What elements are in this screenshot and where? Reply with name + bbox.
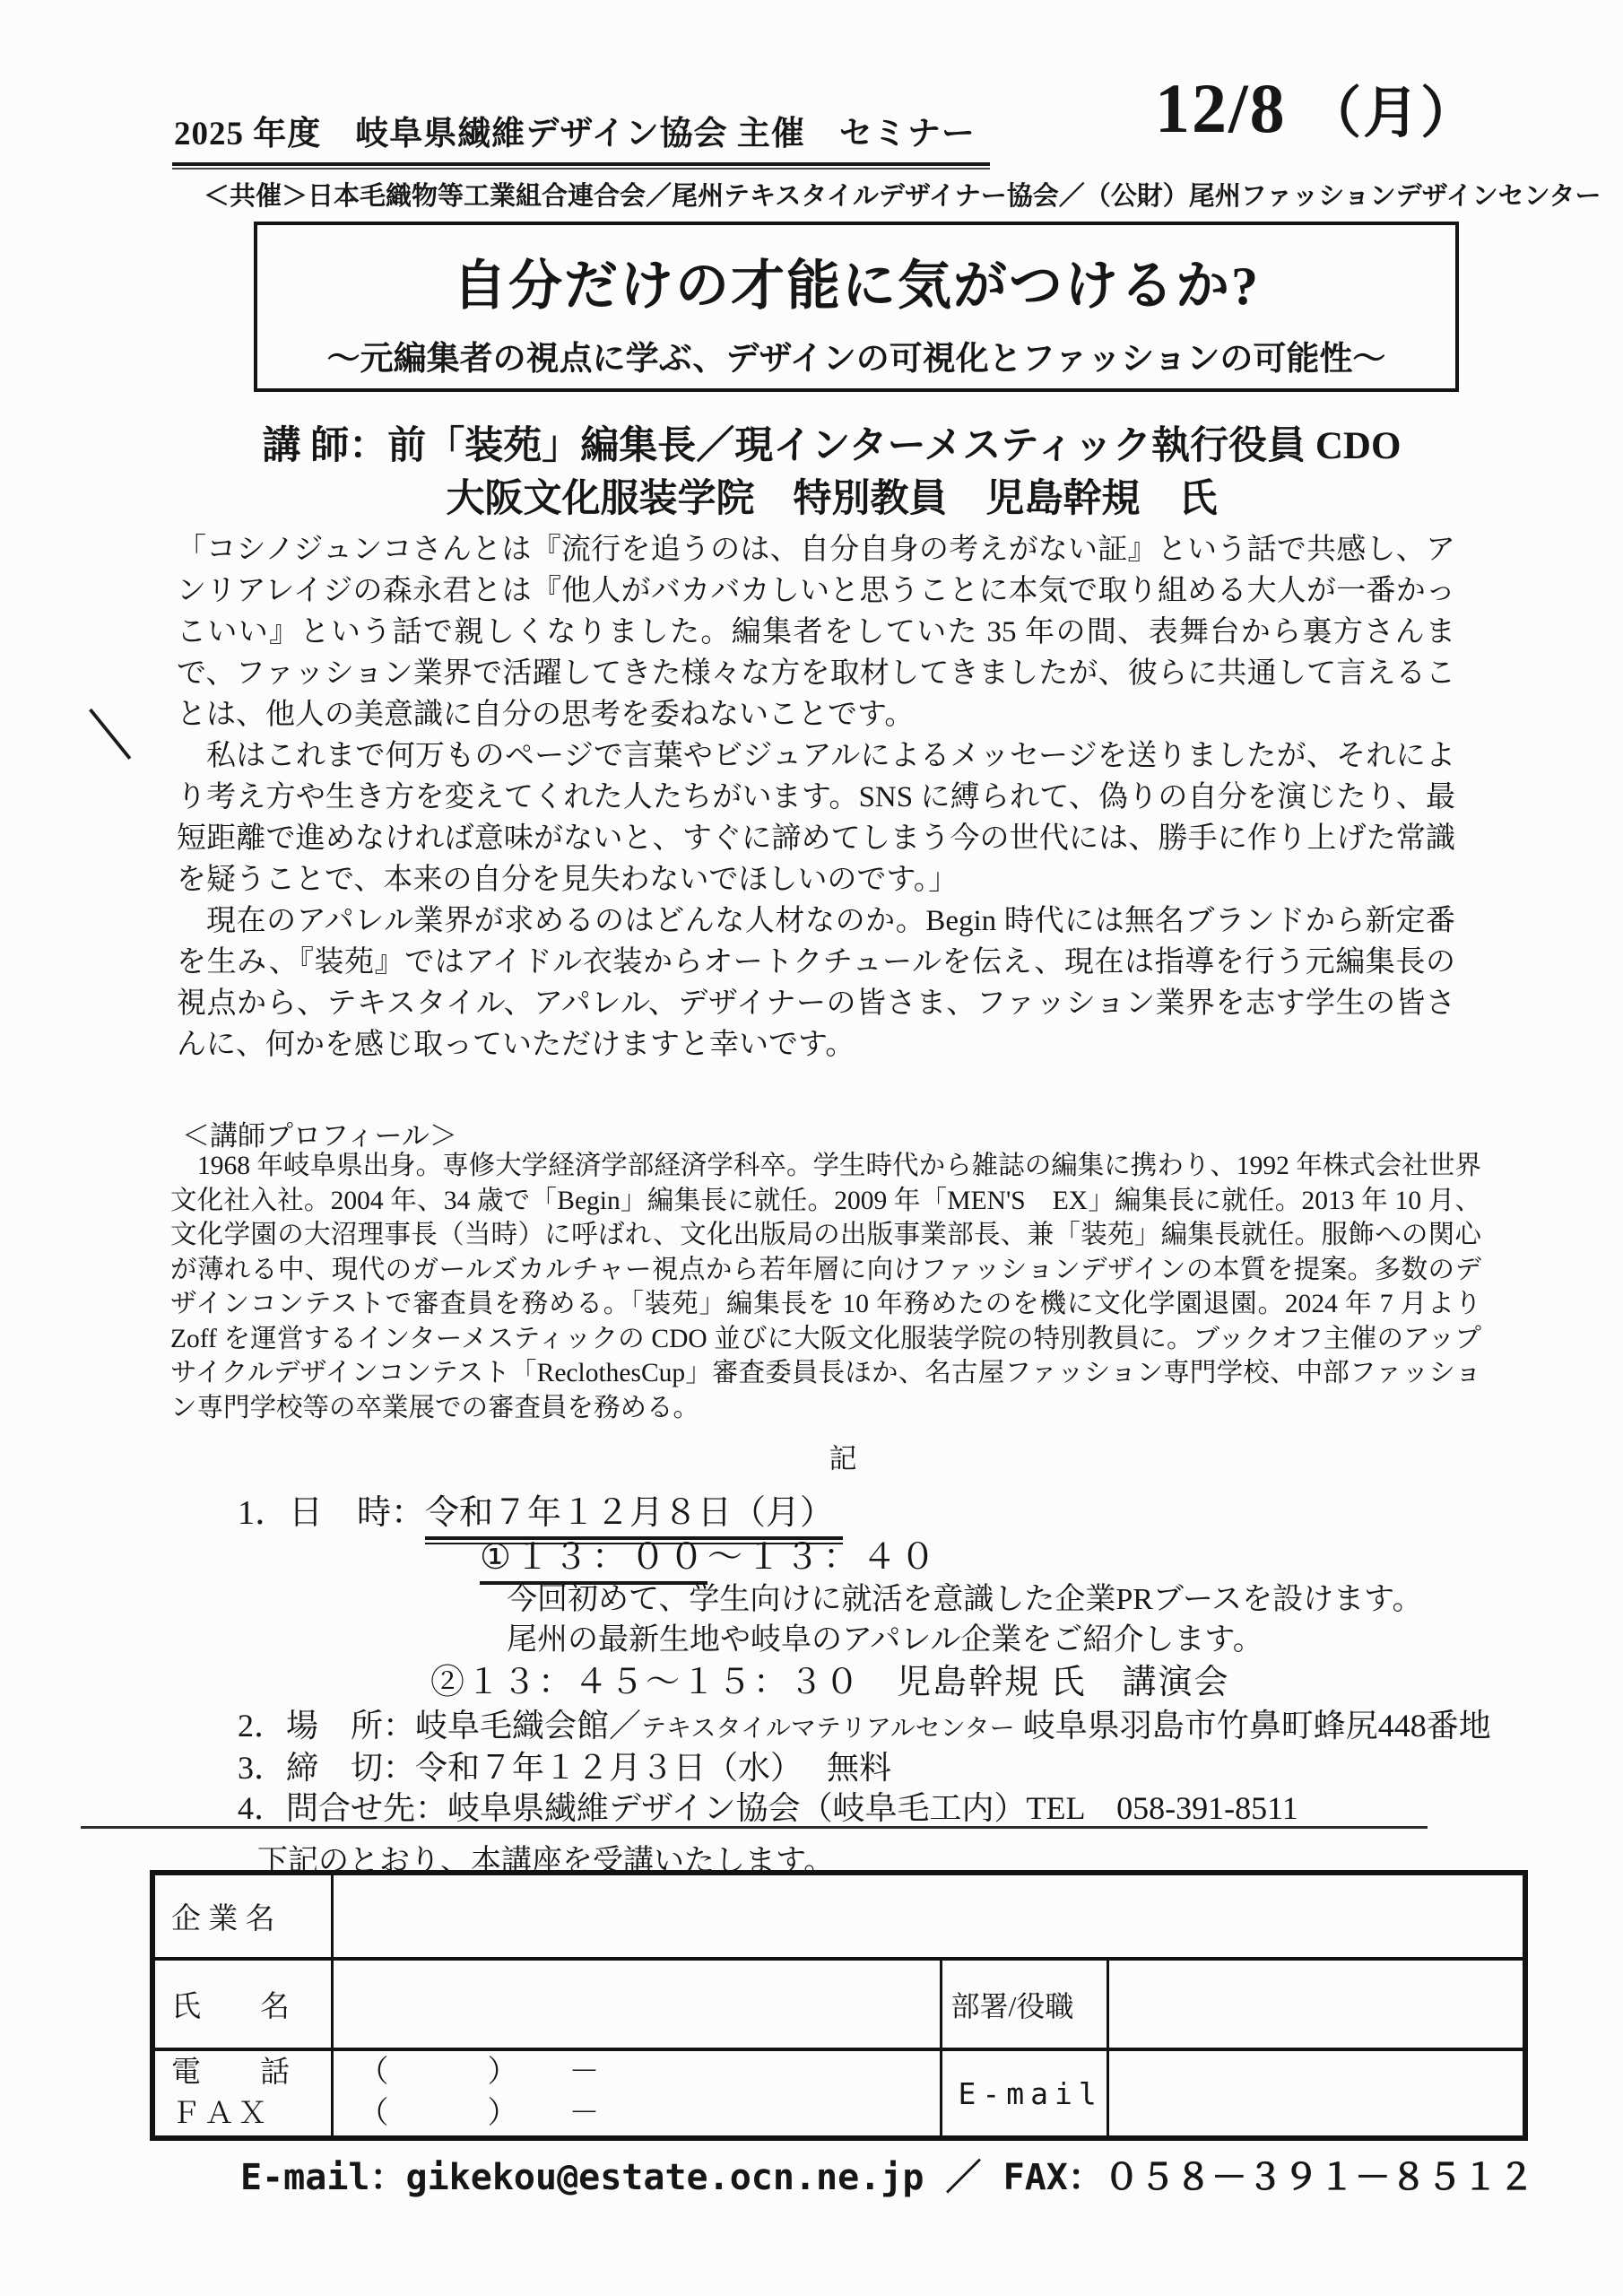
scanned-seminar-flyer: ＼ 2025 年度 岐阜県繊維デザイン協会 主催 セミナー 12/8 （月） ＜… [0,0,1623,2296]
profile-heading: ＜講師プロフィール＞ [182,1113,457,1153]
paragraph-outline: 現在のアパレル業界が求めるのはどんな人材なのか。Begin 時代には無名ブランド… [177,900,1455,1065]
paragraph-quote-1: 「コシノジュンコさんとは『流行を追うのは、自分自身の考えがない証』という話で共感… [177,529,1455,735]
record-mark: 記 [63,1436,1623,1476]
profile-text: 1968 年岐阜県出身。専修大学経済学部経済学科卒。学生時代から雑誌の編集に携わ… [170,1149,1481,1425]
tel-placeholder: （ ） － [359,2052,939,2093]
cohost-line: ＜共催＞日本毛織物等工業組合連合会／尾州テキスタイルデザイナー協会／（公財）尾州… [204,176,1601,213]
dept-label: 部署/役職 [941,1959,1107,2049]
seminar-title: 自分だけの才能に気がつけるか? [257,243,1455,320]
fax-label: ＦＡＸ [171,2093,330,2135]
header-seminar-text: 2025 年度 岐阜県繊維デザイン協会 主催 セミナー [172,106,990,166]
body-paragraphs: 「コシノジュンコさんとは『流行を追うのは、自分自身の考えがない証』という話で共感… [177,529,1455,1065]
detail-venue-label: 2．場 所： [238,1708,415,1744]
detail-slot2-lecture: ②１３：４５～１５：３０ 児島幹規 氏 講演会 [430,1654,1230,1703]
detail-contact: 4．問合せ先：岐阜県繊維デザイン協会（岐阜毛工内）TEL 058-391-851… [238,1783,1298,1829]
divider-rule [81,1826,1428,1829]
detail-venue: 2．場 所：岐阜毛織会館／テキスタイルマテリアルセンター 岐阜県羽島市竹鼻町蜂尻… [238,1700,1491,1746]
name-field[interactable] [332,1959,941,2049]
detail-venue-name: 岐阜毛織会館／ [415,1708,641,1744]
seminar-subtitle: ～元編集者の視点に学ぶ、デザインの可視化とファッションの可能性～ [257,331,1455,379]
title-box: 自分だけの才能に気がつけるか? ～元編集者の視点に学ぶ、デザインの可視化とファッ… [254,222,1459,392]
fax-placeholder: （ ） － [359,2093,939,2135]
detail-deadline-label: 3．締 切： [238,1750,415,1786]
detail-contact-value: 岐阜県繊維デザイン協会（岐阜毛工内）TEL 058-391-8511 [447,1790,1298,1826]
event-date: 12/8 （月） [1155,68,1478,149]
email-label: E-mail [941,2049,1107,2138]
name-label: 氏 名 [152,1959,332,2049]
tel-fax-field[interactable]: （ ） － （ ） － [332,2049,941,2138]
detail-contact-label: 4．問合せ先： [238,1790,447,1826]
email-field[interactable] [1107,2049,1525,2138]
lecturer-line-2: 大阪文化服装学院 特別教員 児島幹規 氏 [130,468,1533,523]
slot1-note-1: 今回初めて、学生向けに就活を意識した企業PRブースを設けます。 [507,1574,1422,1618]
application-form-table: 企 業 名 氏 名 部署/役職 電 話 ＦＡＸ （ ） － （ ） － E-ma… [150,1870,1528,2141]
event-date-number: 12/8 [1155,69,1287,147]
slot1-note-2: 尾州の最新生地や岐阜のアパレル企業をご紹介します。 [507,1614,1263,1658]
footer-contact-line: E-mail：gikekou@estate.ocn.ne.jp ／ FAX：０５… [240,2149,1534,2200]
tel-fax-label: 電 話 ＦＡＸ [152,2049,332,2138]
company-name-field[interactable] [332,1873,1525,1959]
detail-deadline: 3．締 切：令和７年１２月３日（水） 無料 [238,1743,891,1788]
header-seminar-line: 2025 年度 岐阜県繊維デザイン協会 主催 セミナー [172,106,990,166]
table-row: 電 話 ＦＡＸ （ ） － （ ） － E-mail [152,2049,1525,2138]
detail-venue-subname: テキスタイルマテリアルセンター [641,1715,1015,1743]
table-row: 企 業 名 [152,1873,1525,1959]
detail-datetime-label: 1．日 時： [238,1494,425,1532]
detail-venue-address: 岐阜県羽島市竹鼻町蜂尻448番地 [1015,1708,1491,1744]
detail-deadline-value: 令和７年１２月３日（水） 無料 [415,1750,891,1786]
scan-stroke-artifact: ＼ [82,695,138,769]
lecturer-line-1: 講 師：前「装苑」編集長／現インターメスティック執行役員 CDO [130,415,1533,470]
event-date-weekday: （月） [1306,83,1478,144]
dept-field[interactable] [1107,1959,1525,2049]
company-name-label: 企 業 名 [152,1873,332,1959]
table-row: 氏 名 部署/役職 [152,1959,1525,2049]
paragraph-quote-2: 私はこれまで何万ものページで言葉やビジュアルによるメッセージを送りましたが、それ… [177,735,1455,900]
slot1-time-rest: ～１３：４０ [707,1538,939,1577]
tel-label: 電 話 [171,2052,330,2093]
